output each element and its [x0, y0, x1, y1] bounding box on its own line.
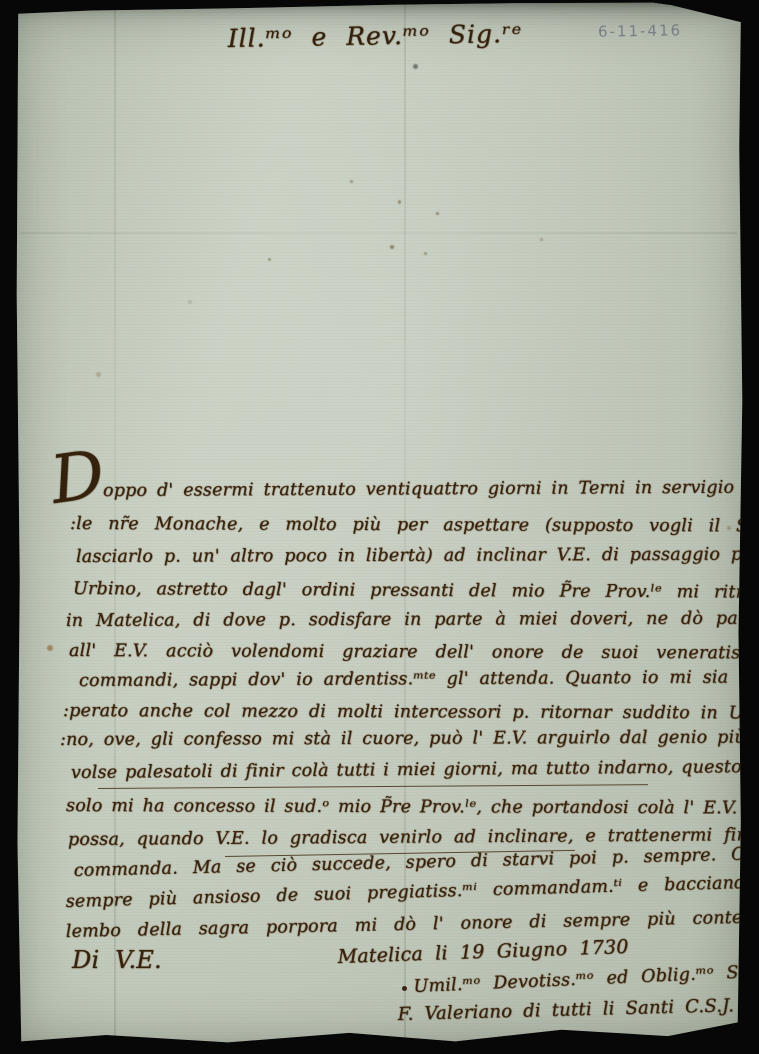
stain: [413, 64, 418, 69]
archive-number-annotation: 6-11-416: [598, 21, 682, 40]
manuscript-line: oppo d' essermi trattenuto ventiquattro …: [103, 477, 759, 501]
salutation-heading: Ill.ᵐᵒ e Rev.ᵐᵒ Sig.ʳᵉ: [227, 19, 522, 53]
stain: [188, 300, 192, 304]
stain: [436, 212, 439, 215]
manuscript-line: commandi, sappi dov' io ardentiss.ᵐᵗᵉ gl…: [79, 667, 759, 691]
stain: [268, 258, 271, 261]
manuscript-line: lembo della sagra porpora mi dò l' onore…: [66, 907, 759, 942]
manuscript-line: all' E.V. acciò volendomi graziare dell'…: [69, 641, 759, 663]
document-page: 6-11-416 Ill.ᵐᵒ e Rev.ᵐᵒ Sig.ʳᵉ D oppo d…: [0, 0, 759, 1054]
manuscript-line: volse palesatoli di finir colà tutti i m…: [71, 757, 742, 783]
signature: F. Valeriano di tutti li Santi C.S.J.: [397, 995, 734, 1025]
dateline: Matelica li 19 Giugno 1730: [337, 936, 629, 968]
ink-dot: [402, 986, 407, 991]
stain: [398, 200, 401, 204]
manuscript-line: solo mi ha concesso il sud.ᵒ mio P̃re Pr…: [66, 796, 759, 818]
stain: [96, 372, 101, 377]
decorated-initial: D: [47, 441, 109, 514]
fold-crease-horizontal: [20, 232, 737, 234]
manuscript-line: in Matelica, di dove p. sodisfare in par…: [66, 609, 759, 631]
manuscript-line: :no, ove, gli confesso mi stà il cuore, …: [60, 728, 746, 750]
stain: [540, 238, 543, 241]
stain: [47, 645, 53, 651]
manuscript-line: Urbino, astretto dagl' ordini pressanti …: [73, 579, 759, 603]
stain: [350, 180, 353, 183]
scanned-letter: 6-11-416 Ill.ᵐᵒ e Rev.ᵐᵒ Sig.ʳᵉ D oppo d…: [0, 0, 759, 1054]
manuscript-line: :perato anche col mezzo di molti interce…: [63, 701, 759, 723]
manuscript-line: :le nr̃e Monache, e molto più per aspett…: [70, 514, 759, 536]
manuscript-line: lasciarlo p. un' altro poco in libertà) …: [76, 545, 748, 567]
stain: [390, 245, 394, 249]
closing-formula: Umil.ᵐᵒ Devotiss.ᵐᵒ ed Oblig.ᵐᵒ Ser.ʳᵉ: [413, 961, 759, 997]
ink-underline: [98, 784, 648, 789]
stain: [424, 252, 427, 255]
valediction: Di V.E.: [72, 946, 162, 974]
